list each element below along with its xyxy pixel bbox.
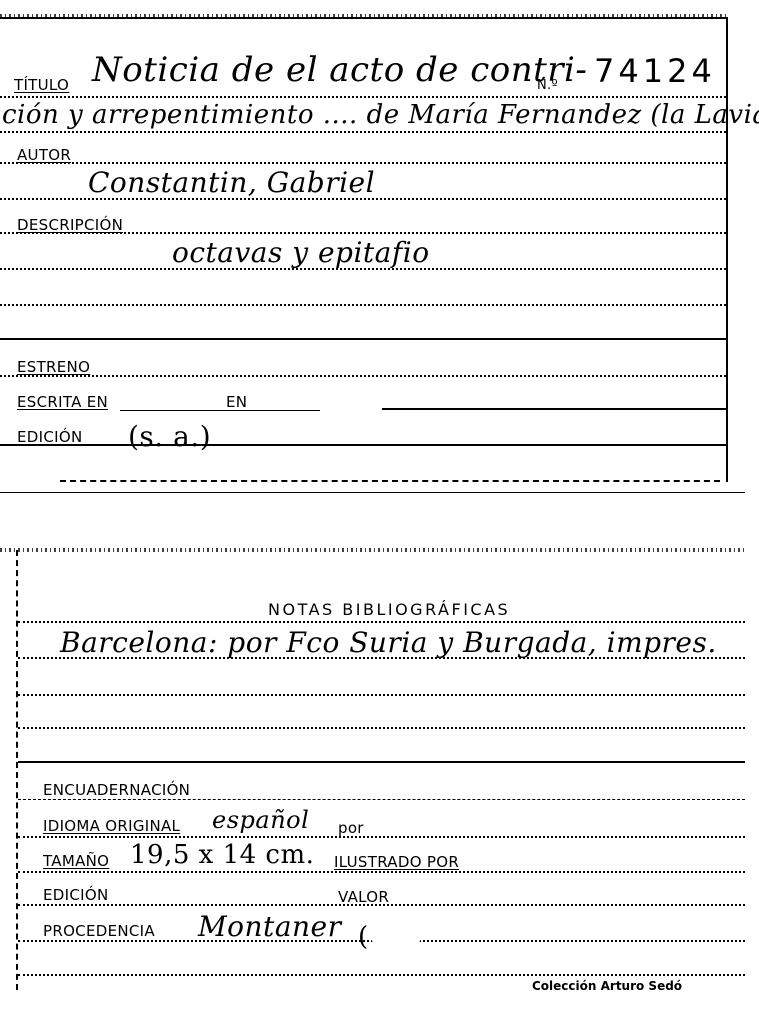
titulo-value-1: Noticia de el acto de contri- [92,50,587,90]
edicion-value: (s. a.) [128,420,211,453]
titulo-line-2 [0,131,726,133]
escrita-en-line-right [382,408,726,410]
card-right-border [726,17,728,482]
card-top-separator [0,492,745,493]
escrita-en-line [120,410,320,411]
card-bottom-dashes [60,480,720,482]
notas-line-4 [18,727,745,729]
tamano-value: 19,5 x 14 cm. [130,840,314,870]
escrita-en-label: ESCRITA EN [17,393,108,411]
catalog-card-bottom: NOTAS BIBLIOGRÁFICAS Barcelona: por Fco … [0,540,759,1028]
numero-label: N.º [537,78,558,93]
tamano-line [18,871,745,873]
paper-smudge [352,394,382,428]
edicion-line-2 [18,904,745,906]
card-bottom-edge [0,548,745,552]
estreno-line [0,375,726,377]
descripcion-line-3 [0,304,726,306]
titulo-label: TÍTULO [14,76,69,94]
en-label: EN [226,393,247,411]
por-label: por [338,819,364,837]
encuadernacion-line [18,799,745,800]
encuadernacion-label: ENCUADERNACIÓN [43,781,190,799]
descripcion-value: octavas y epitafio [172,236,430,269]
idioma-value: español [212,806,309,834]
autor-line-1 [0,162,726,164]
collection-footer: Colección Arturo Sedó [532,979,682,993]
catalog-card-top: TÍTULO Noticia de el acto de contri- N.º… [0,0,759,500]
registro-numero: 74124 [594,52,716,90]
notas-line-3 [18,694,745,696]
notas-line-1 [18,621,745,623]
notas-line-2 [18,657,745,659]
procedencia-paren: ( [358,922,369,952]
autor-value: Constantin, Gabriel [88,166,375,199]
card-bottom-last-line [18,974,745,976]
edicion-line [0,444,726,446]
edicion-label-2: EDICIÓN [43,886,108,904]
tamano-label: TAMAÑO [43,852,109,870]
idioma-line [18,836,745,838]
idioma-label: IDIOMA ORIGINAL [43,817,180,835]
estreno-label: ESTRENO [17,358,90,376]
card-left-border [16,550,18,990]
descripcion-line-4 [0,338,726,340]
ilustrado-label: ILUSTRADO POR [334,853,459,871]
procedencia-value: Montaner [198,910,342,943]
notas-line-5 [18,761,745,763]
card-top-border [0,17,728,19]
titulo-line-1 [0,96,726,98]
notas-heading: NOTAS BIBLIOGRÁFICAS [268,600,510,619]
notas-value: Barcelona: por Fco Suria y Burgada, impr… [60,626,717,659]
procedencia-label: PROCEDENCIA [43,922,155,940]
paper-smudge-2 [370,916,422,952]
titulo-value-2: ción y arrepentimiento .... de María Fer… [2,100,759,130]
descripcion-line-1 [0,232,726,234]
